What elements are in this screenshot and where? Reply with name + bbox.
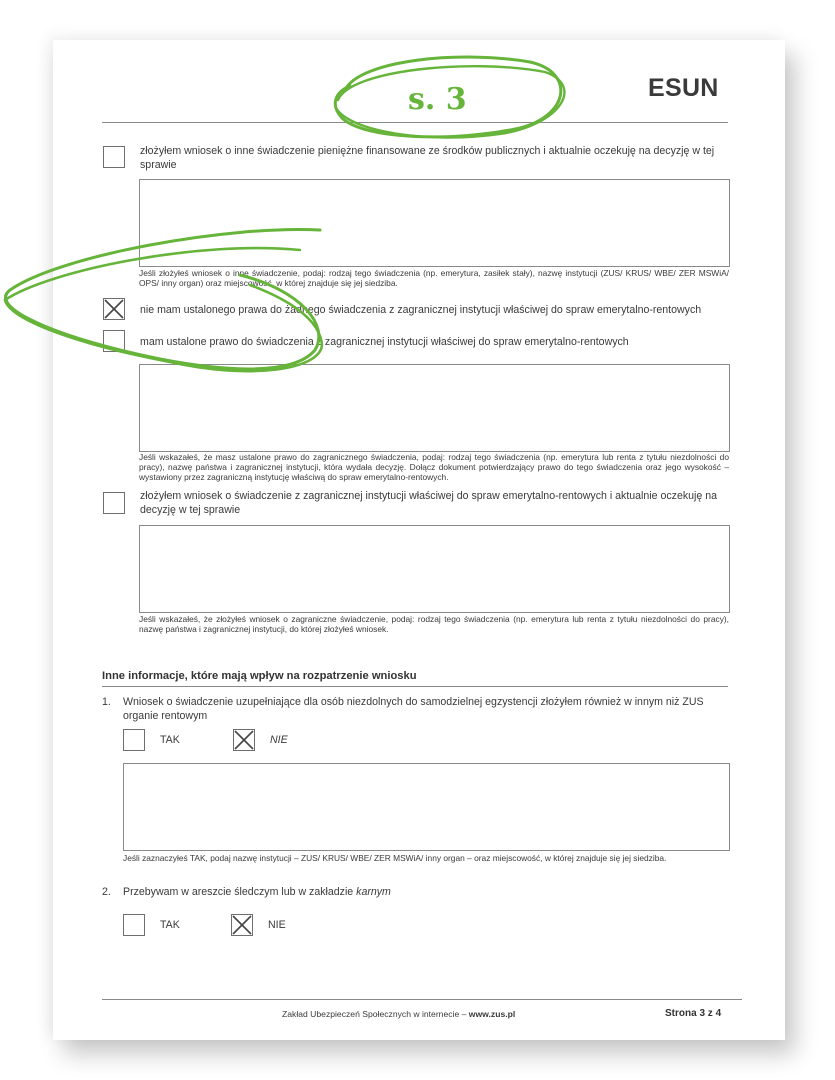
header-divider — [102, 122, 728, 123]
question-2-number: 2. — [102, 886, 111, 898]
footer-text: Zakład Ubezpieczeń Społecznych w interne… — [282, 1009, 515, 1019]
check-x-icon — [234, 730, 254, 750]
textbox-foreign-benefit-details[interactable] — [139, 364, 730, 452]
checkbox-q2-nie[interactable] — [231, 914, 253, 936]
footer-link[interactable]: www.zus.pl — [469, 1009, 515, 1019]
footer-divider — [102, 999, 742, 1000]
check-x-icon — [232, 915, 252, 935]
page-number: Strona 3 z 4 — [665, 1008, 721, 1019]
note-q1: Jeśli zaznaczyłeś TAK, podaj nazwę insty… — [123, 853, 729, 863]
label-foreign-application-pending: złożyłem wniosek o świadczenie z zagrani… — [140, 489, 732, 517]
note-other-benefit: Jeśli złożyłeś wniosek o inne świadczeni… — [139, 268, 729, 288]
page-annotation-text: s. 3 — [408, 82, 467, 117]
footer-caption: Zakład Ubezpieczeń Społecznych w interne… — [282, 1009, 469, 1019]
option-q1-nie-label: NIE — [270, 734, 288, 746]
question-1-number: 1. — [102, 696, 111, 708]
option-q1-tak-label: TAK — [160, 734, 180, 746]
note-foreign-benefit: Jeśli wskazałeś, że masz ustalone prawo … — [139, 452, 729, 483]
note-foreign-application: Jeśli wskazałeś, że złożyłeś wniosek o z… — [139, 614, 729, 634]
label-other-benefit-pending: złożyłem wniosek o inne świadczenie pien… — [140, 144, 730, 172]
checkbox-q2-tak[interactable] — [123, 914, 145, 936]
check-x-icon — [104, 299, 124, 319]
checkbox-has-foreign-benefit[interactable] — [103, 330, 125, 352]
checkbox-foreign-application-pending[interactable] — [103, 492, 125, 514]
label-no-foreign-benefit: nie mam ustalonego prawa do żadnego świa… — [140, 303, 740, 317]
question-1-text: Wniosek o świadczenie uzupełniające dla … — [123, 695, 731, 723]
textbox-foreign-application-details[interactable] — [139, 525, 730, 613]
form-code: ESUN — [648, 74, 719, 103]
checkbox-other-benefit-pending[interactable] — [103, 146, 125, 168]
checkbox-q1-nie[interactable] — [233, 729, 255, 751]
section-heading-other-info: Inne informacje, które mają wpływ na roz… — [102, 670, 417, 682]
section-divider — [102, 686, 728, 687]
option-q2-tak-label: TAK — [160, 919, 180, 931]
checkbox-no-foreign-benefit[interactable] — [103, 298, 125, 320]
checkbox-q1-tak[interactable] — [123, 729, 145, 751]
question-2-text-main: Przebywam w areszcie śledczym lub w zakł… — [123, 886, 356, 898]
textbox-q1-institution[interactable] — [123, 763, 730, 851]
page-annotation: s. 3 — [408, 82, 467, 117]
question-2-text: Przebywam w areszcie śledczym lub w zakł… — [123, 885, 731, 899]
question-2-text-italic: karnym — [356, 886, 391, 898]
label-has-foreign-benefit: mam ustalone prawo do świadczenia z zagr… — [140, 335, 740, 349]
textbox-other-benefit-details[interactable] — [139, 179, 730, 267]
option-q2-nie-label: NIE — [268, 919, 286, 931]
